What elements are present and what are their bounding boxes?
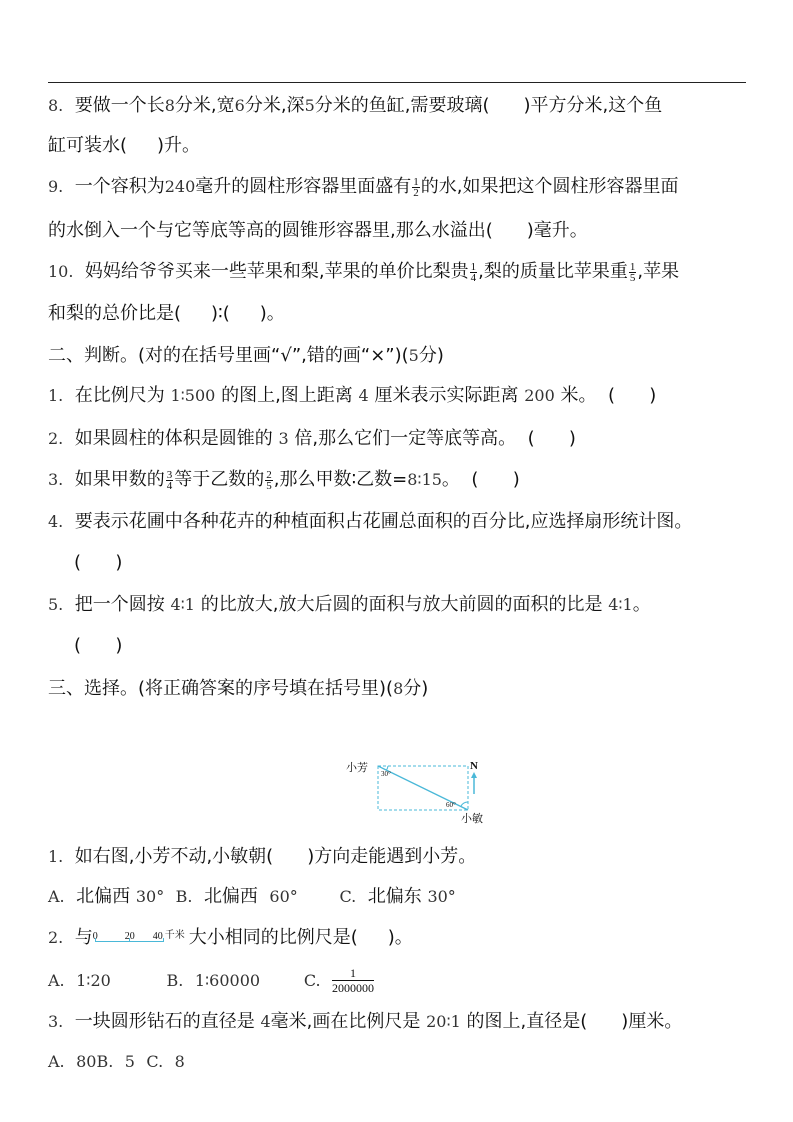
judge-item-1: 1. 在比例尺为 1∶500 的图上,图上距离 4 厘米表示实际距离 200 米… [48,384,656,408]
option-c[interactable]: C. 12000000 [304,970,374,991]
option-c[interactable]: C. 北偏东 30° [339,886,455,907]
judge-item-5: 5. 把一个圆按 4∶1 的比放大,放大后圆的面积与放大前圆的面积的比是 4∶1… [48,593,651,617]
option-b[interactable]: B. 5 [96,1051,134,1072]
fraction: 25 [265,470,273,491]
fraction: 34 [166,470,174,491]
option-b[interactable]: B. 北偏西 60° [176,886,298,907]
choice-question-1: 1. 如右图,小芳不动,小敏朝()方向走能遇到小芳。 [48,845,476,869]
judge-item-2: 2. 如果圆柱的体积是圆锥的 3 倍,那么它们一定等底等高。 ( ) [48,427,576,451]
question-10-line1: 10. 妈妈给爷爷买来一些苹果和梨,苹果的单价比梨贵14,梨的质量比苹果重15,… [48,260,679,284]
direction-diagram-graphic: 30° 60° 小芳 小敏 N [340,752,500,828]
svg-text:60°: 60° [446,801,456,809]
option-c[interactable]: C. 8 [146,1051,184,1072]
svg-text:小敏: 小敏 [461,811,483,825]
svg-text:N: N [470,760,478,772]
question-8-line2: 缸可装水()升。 [48,134,200,158]
judge-item-4: 4. 要表示花圃中各种花卉的种植面积占花圃总面积的百分比,应选择扇形统计图。 [48,510,692,534]
answer-bracket[interactable]: ( ) [608,385,656,406]
question-8-line1: 8. 要做一个长8分米,宽6分米,深5分米的鱼缸,需要玻璃()平方分米,这个鱼 [48,94,662,118]
question-9-line1: 9. 一个容积为240毫升的圆柱形容器里面盛有12的水,如果把这个圆柱形容器里面 [48,175,679,199]
fraction: 12000000 [332,966,374,995]
section-2-title: 二、判断。(对的在括号里画“√”,错的画“×”)(5分) [48,344,444,368]
direction-diagram: 30° 60° 小芳 小敏 N [340,752,500,828]
judge-item-4-bracket[interactable]: ( ) [74,551,122,575]
choice-question-2: 2. 与 0 20 40 千米 大小相同的比例尺是()。 [48,926,413,950]
answer-bracket[interactable]: ( ) [471,469,519,490]
option-a[interactable]: A. 80 [48,1051,96,1072]
choice-question-1-options: A. 北偏西 30° B. 北偏西 60° C. 北偏东 30° [48,885,456,909]
scale-bar: 0 20 40 千米 [93,927,193,949]
section-3-title: 三、选择。(将正确答案的序号填在括号里)(8分) [48,677,428,701]
answer-bracket[interactable]: ( ) [528,428,576,449]
choice-question-2-options: A. 1∶20 B. 1∶60000 C. 12000000 [48,966,374,995]
choice-question-3-options: A. 80B. 5 C. 8 [48,1050,185,1074]
svg-text:小芳: 小芳 [346,760,368,774]
fraction: 12 [412,177,420,198]
question-10-line2: 和梨的总价比是()∶()。 [48,302,285,326]
option-a[interactable]: A. 北偏西 30° [48,886,164,907]
option-a[interactable]: A. 1∶20 [48,970,111,991]
judge-item-3: 3. 如果甲数的34等于乙数的25,那么甲数∶乙数=8∶15。 ( ) [48,468,520,492]
fraction: 15 [629,262,637,283]
judge-item-5-bracket[interactable]: ( ) [74,634,122,658]
question-9-line2: 的水倒入一个与它等底等高的圆锥形容器里,那么水溢出()毫升。 [48,219,588,243]
fraction: 14 [470,262,478,283]
choice-question-3: 3. 一块圆形钻石的直径是 4毫米,画在比例尺是 20∶1 的图上,直径是()厘… [48,1010,682,1034]
header-rule [48,82,746,83]
svg-text:30°: 30° [381,770,391,778]
option-b[interactable]: B. 1∶60000 [167,970,261,991]
